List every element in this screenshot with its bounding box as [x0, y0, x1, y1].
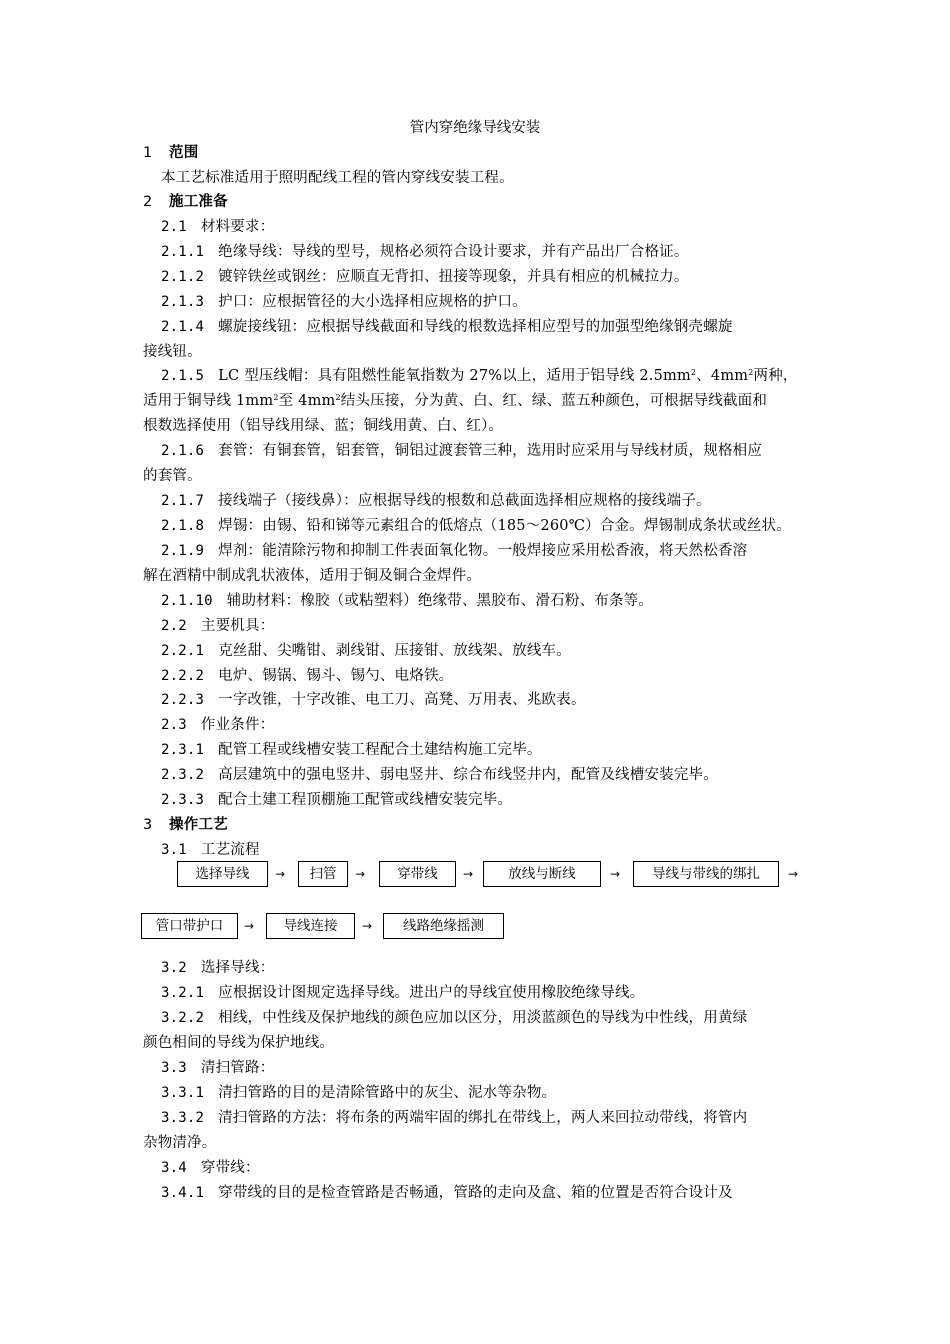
- clause-2-1: 2.1材料要求：: [143, 215, 836, 240]
- clause-text: 清扫管路的方法：将布条的两端牢固的绑扎在带线上，两人来回拉动带线，将管内: [218, 1110, 747, 1126]
- clause-number: 3.2: [161, 956, 187, 981]
- clause-2-2-3: 2.2.3一字改锥，十字改锥、电工刀、高凳、万用表、兆欧表。: [143, 688, 836, 713]
- arrow-right-icon: →: [610, 861, 620, 887]
- clause-2-2: 2.2主要机具：: [143, 614, 836, 639]
- document-title: 管内穿绝缘导线安装: [0, 116, 950, 141]
- section-3-heading: 3操作工艺: [143, 813, 818, 838]
- clause-text: 作业条件：: [201, 717, 275, 733]
- clause-2-3-3: 2.3.3配合土建工程顶棚施工配管或线槽安装完毕。: [143, 788, 836, 813]
- clause-text: 高层建筑中的强电竖井、弱电竖井、综合布线竖井内，配管及线槽安装完毕。: [218, 767, 718, 783]
- clause-text: 工艺流程: [201, 842, 260, 858]
- clause-text: 穿带线的目的是检查管路是否畅通，管路的走向及盒、箱的位置是否符合设计及: [218, 1185, 733, 1201]
- clause-number: 2.1.1: [161, 240, 204, 265]
- clause-2-2-2: 2.2.2电炉、锡锅、锡斗、锡勺、电烙铁。: [143, 664, 836, 689]
- clause-number: 3.2.2: [161, 1006, 204, 1031]
- clause-2-3: 2.3作业条件：: [143, 713, 836, 738]
- clause-text: 相线，中性线及保护地线的颜色应加以区分，用淡蓝颜色的导线为中性线，用黄绿: [218, 1010, 747, 1026]
- clause-text: 、4mm: [696, 368, 748, 384]
- section-number: 2: [143, 190, 169, 215]
- clause-text: 配合土建工程顶棚施工配管或线槽安装完毕。: [218, 792, 512, 808]
- clause-text: 两种，: [754, 368, 798, 384]
- flow-step-select-wire: 选择导线: [177, 861, 268, 887]
- clause-3-1: 3.1工艺流程: [143, 838, 836, 863]
- clause-text: LC 型压线帽：具有阻燃性能氧指数为 27%以上，适用于铝导线 2.5mm: [218, 368, 691, 384]
- clause-3-3-2-cont: 杂物清净。: [143, 1131, 818, 1156]
- clause-text: 护口：应根据管径的大小选择相应规格的护口。: [218, 294, 527, 310]
- arrow-right-icon: →: [244, 913, 254, 939]
- clause-2-1-5-cont-2: 根数选择使用（铝导线用绿、蓝；铜线用黄、白、红）。: [143, 414, 818, 439]
- clause-text: 一字改锥，十字改锥、电工刀、高凳、万用表、兆欧表。: [218, 692, 586, 708]
- clause-2-1-4-cont: 接线钮。: [143, 340, 818, 365]
- clause-number: 3.3.1: [161, 1081, 204, 1106]
- section-heading-text: 施工准备: [169, 194, 228, 210]
- clause-2-1-5-cont-1: 适用于铜导线 1mm2至 4mm2结头压接，分为黄、白、红、绿、蓝五种颜色，可根…: [143, 389, 818, 414]
- arrow-right-icon: →: [463, 861, 473, 887]
- clause-text: 结头压接，分为黄、白、红、绿、蓝五种颜色，可根据导线截面和: [341, 393, 767, 409]
- clause-number: 2.1.7: [161, 489, 204, 514]
- clause-text: 穿带线：: [201, 1160, 260, 1176]
- arrow-right-icon: →: [788, 861, 798, 887]
- clause-number: 2.1.10: [161, 589, 213, 614]
- clause-2-1-9: 2.1.9焊剂：能清除污物和抑制工件表面氧化物。一般焊接应采用松香液，将天然松香…: [143, 539, 836, 564]
- clause-number: 2.1.6: [161, 439, 204, 464]
- clause-text: 选择导线：: [201, 960, 275, 976]
- clause-number: 2.1: [161, 215, 187, 240]
- section-heading-text: 范围: [169, 145, 198, 161]
- clause-3-3: 3.3清扫管路：: [143, 1056, 836, 1081]
- clause-number: 2.3.1: [161, 738, 204, 763]
- clause-number: 2.2.3: [161, 688, 204, 713]
- clause-number: 3.4: [161, 1156, 187, 1181]
- flow-step-sweep-pipe: 扫管: [298, 861, 348, 887]
- flow-step-pay-out-cut: 放线与断线: [483, 861, 601, 887]
- clause-number: 3.3.2: [161, 1106, 204, 1131]
- clause-2-1-8: 2.1.8焊锡：由锡、铅和锑等元素组合的低熔点（185～260℃）合金。焊锡制成…: [143, 514, 836, 539]
- clause-text: 至 4mm: [279, 393, 336, 409]
- clause-number: 2.2: [161, 614, 187, 639]
- clause-number: 2.1.2: [161, 265, 204, 290]
- clause-text: 清扫管路的目的是清除管路中的灰尘、泥水等杂物。: [218, 1085, 556, 1101]
- clause-text: 螺旋接线钮：应根据导线截面和导线的根数选择相应型号的加强型绝缘钢壳螺旋: [218, 319, 733, 335]
- clause-2-3-2: 2.3.2高层建筑中的强电竖井、弱电竖井、综合布线竖井内，配管及线槽安装完毕。: [143, 763, 836, 788]
- clause-2-1-6-cont: 的套管。: [143, 464, 818, 489]
- clause-2-1-10: 2.1.10辅助材料：橡胶（或粘塑料）绝缘带、黑胶布、滑石粉、布条等。: [143, 589, 836, 614]
- clause-text: 电炉、锡锅、锡斗、锡勺、电烙铁。: [218, 668, 453, 684]
- section-heading-text: 操作工艺: [169, 817, 228, 833]
- clause-2-1-3: 2.1.3护口：应根据管径的大小选择相应规格的护口。: [143, 290, 836, 315]
- clause-3-2: 3.2选择导线：: [143, 956, 836, 981]
- arrow-right-icon: →: [355, 861, 365, 887]
- clause-2-1-4: 2.1.4螺旋接线钮：应根据导线截面和导线的根数选择相应型号的加强型绝缘钢壳螺旋: [143, 315, 836, 340]
- clause-2-1-2: 2.1.2镀锌铁丝或钢丝：应顺直无背扣、扭接等现象，并具有相应的机械拉力。: [143, 265, 836, 290]
- flow-step-bind-wire: 导线与带线的绑扎: [633, 861, 779, 887]
- clause-text: 主要机具：: [201, 618, 275, 634]
- clause-3-3-1: 3.3.1清扫管路的目的是清除管路中的灰尘、泥水等杂物。: [143, 1081, 836, 1106]
- clause-text: 材料要求：: [201, 219, 275, 235]
- flow-step-wire-connection: 导线连接: [266, 913, 355, 939]
- clause-2-3-1: 2.3.1配管工程或线槽安装工程配合土建结构施工完毕。: [143, 738, 836, 763]
- section-1-text: 本工艺标准适用于照明配线工程的管内穿线安装工程。: [143, 166, 836, 191]
- clause-text: 套管：有铜套管，铝套管，铜铝过渡套管三种，选用时应采用与导线材质，规格相应: [218, 443, 762, 459]
- clause-number: 3.2.1: [161, 981, 204, 1006]
- flow-step-pipe-bushing: 管口带护口: [141, 913, 238, 939]
- flow-step-insulation-test: 线路绝缘摇测: [383, 913, 504, 939]
- clause-number: 2.1.8: [161, 514, 204, 539]
- clause-number: 3.4.1: [161, 1181, 204, 1206]
- clause-3-2-1: 3.2.1应根据设计图规定选择导线。进出户的导线宜使用橡胶绝缘导线。: [143, 981, 836, 1006]
- clause-number: 2.3.2: [161, 763, 204, 788]
- clause-text: 克丝甜、尖嘴钳、剥线钳、压接钳、放线架、放线车。: [218, 643, 571, 659]
- clause-2-1-6: 2.1.6套管：有铜套管，铝套管，铜铝过渡套管三种，选用时应采用与导线材质，规格…: [143, 439, 836, 464]
- clause-3-2-2: 3.2.2相线，中性线及保护地线的颜色应加以区分，用淡蓝颜色的导线为中性线，用黄…: [143, 1006, 836, 1031]
- clause-3-2-2-cont: 颜色相间的导线为保护地线。: [143, 1031, 818, 1056]
- arrow-right-icon: →: [275, 861, 285, 887]
- clause-number: 2.2.1: [161, 639, 204, 664]
- clause-text: 镀锌铁丝或钢丝：应顺直无背扣、扭接等现象，并具有相应的机械拉力。: [218, 269, 688, 285]
- clause-text: 应根据设计图规定选择导线。进出户的导线宜使用橡胶绝缘导线。: [218, 985, 644, 1001]
- clause-text: 焊锡：由锡、铅和锑等元素组合的低熔点（185～260℃）合金。焊锡制成条状或丝状…: [218, 518, 791, 534]
- clause-3-4: 3.4穿带线：: [143, 1156, 836, 1181]
- clause-2-1-1: 2.1.1绝缘导线：导线的型号，规格必须符合设计要求，并有产品出厂合格证。: [143, 240, 836, 265]
- clause-number: 2.3.3: [161, 788, 204, 813]
- clause-text: 配管工程或线槽安装工程配合土建结构施工完毕。: [218, 742, 541, 758]
- clause-text: 清扫管路：: [201, 1060, 275, 1076]
- clause-number: 3.1: [161, 838, 187, 863]
- clause-text: 绝缘导线：导线的型号，规格必须符合设计要求，并有产品出厂合格证。: [218, 244, 688, 260]
- clause-text: 接线端子（接线鼻）：应根据导线的根数和总截面选择相应规格的接线端子。: [218, 493, 711, 509]
- clause-number: 2.1.9: [161, 539, 204, 564]
- clause-text: 适用于铜导线 1mm: [143, 393, 273, 409]
- clause-2-1-9-cont: 解在酒精中制成乳状液体，适用于铜及铜合金焊件。: [143, 564, 818, 589]
- section-number: 1: [143, 141, 169, 166]
- clause-3-4-1: 3.4.1穿带线的目的是检查管路是否畅通，管路的走向及盒、箱的位置是否符合设计及: [143, 1181, 836, 1206]
- clause-text: 辅助材料：橡胶（或粘塑料）绝缘带、黑胶布、滑石粉、布条等。: [227, 593, 653, 609]
- section-number: 3: [143, 813, 169, 838]
- clause-2-1-7: 2.1.7接线端子（接线鼻）：应根据导线的根数和总截面选择相应规格的接线端子。: [143, 489, 836, 514]
- clause-2-2-1: 2.2.1克丝甜、尖嘴钳、剥线钳、压接钳、放线架、放线车。: [143, 639, 836, 664]
- clause-number: 2.1.5: [161, 364, 204, 389]
- clause-text: 焊剂：能清除污物和抑制工件表面氧化物。一般焊接应采用松香液，将天然松香溶: [218, 543, 747, 559]
- clause-number: 2.1.3: [161, 290, 204, 315]
- arrow-right-icon: →: [362, 913, 372, 939]
- document-page: 管内穿绝缘导线安装 1范围 本工艺标准适用于照明配线工程的管内穿线安装工程。 2…: [0, 0, 950, 1344]
- clause-number: 2.2.2: [161, 664, 204, 689]
- clause-number: 3.3: [161, 1056, 187, 1081]
- flow-step-thread-lead-wire: 穿带线: [379, 861, 456, 887]
- clause-3-3-2: 3.3.2清扫管路的方法：将布条的两端牢固的绑扎在带线上，两人来回拉动带线，将管…: [143, 1106, 836, 1131]
- clause-number: 2.1.4: [161, 315, 204, 340]
- section-2-heading: 2施工准备: [143, 190, 818, 215]
- clause-2-1-5: 2.1.5LC 型压线帽：具有阻燃性能氧指数为 27%以上，适用于铝导线 2.5…: [143, 364, 836, 389]
- clause-number: 2.3: [161, 713, 187, 738]
- section-1-heading: 1范围: [143, 141, 818, 166]
